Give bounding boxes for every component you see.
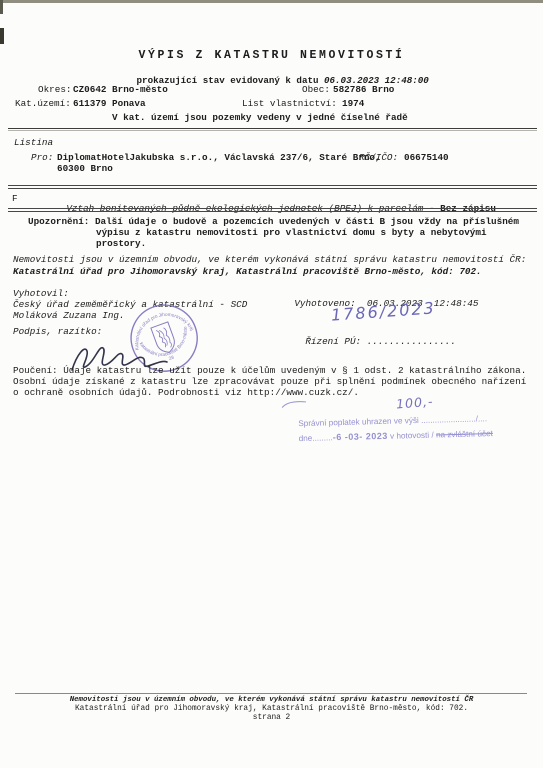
- issuing-office: Český úřad zeměměřický a katastrální - S…: [13, 300, 247, 310]
- divider-footer: [15, 693, 527, 694]
- rizeni-label: Řízení PÚ:: [305, 336, 366, 347]
- footer-line1: Nemovitosti jsou v územním obvodu, ve kt…: [0, 696, 543, 704]
- issuing-person: Moláková Zuzana Ing.: [13, 311, 125, 321]
- pouceni-line2: Osobní údaje získané z katastru lze zpra…: [13, 377, 526, 387]
- fee-amount-handwritten: 100,-: [396, 394, 434, 412]
- pro-label: Pro:: [31, 153, 53, 163]
- scan-edge-top: [0, 0, 543, 3]
- scan-mark-topleft: [0, 0, 3, 14]
- header-note: V kat. území jsou pozemky vedeny v jedné…: [112, 113, 408, 123]
- document-page: VÝPIS Z KATASTRU NEMOVITOSTÍ prokazující…: [0, 0, 543, 768]
- footer-page-number: strana 2: [0, 714, 543, 723]
- kat-uzemi-label: Kat.území:: [15, 99, 71, 109]
- upozorneni-line2: výpisu z katastru nemovitosti pro vlastn…: [96, 228, 487, 238]
- jurisdiction-line2: Katastrální úřad pro Jihomoravský kraj, …: [13, 267, 482, 277]
- kat-uzemi-value: 611379 Ponava: [73, 99, 146, 109]
- upozorneni-line1: Upozornění: Další údaje o budově a pozem…: [28, 217, 519, 227]
- scan-mark-left: [0, 28, 4, 44]
- vyhotovil-label: Vyhotovil:: [13, 289, 69, 299]
- okres-label: Okres:: [38, 85, 71, 95]
- pouceni-line3: o ochraně osobních údajů. Podrobnosti vi…: [13, 388, 359, 398]
- fee-date-stamp: -6 -03- 2023: [333, 431, 388, 442]
- obec-label: Obec:: [302, 85, 330, 95]
- fee-line2-prefix: dne.........: [299, 433, 333, 443]
- list-vlastnictvi-value: 1974: [342, 99, 364, 109]
- jurisdiction-line1: Nemovitosti jsou v územním obvodu, ve kt…: [13, 255, 526, 265]
- ico-value: 06675140: [404, 153, 449, 163]
- list-vlastnictvi-label: List vlastnictví:: [242, 99, 337, 109]
- fee-line2-struck-option: na zvláštní účet: [436, 429, 493, 439]
- pouceni-line1: Poučení: Údaje katastru lze užít pouze k…: [13, 366, 526, 376]
- section-f-code: F: [12, 194, 18, 204]
- divider-f-top: [8, 185, 537, 189]
- divider-f-bottom: [8, 208, 537, 212]
- ico-label: RČ/IČO:: [359, 153, 398, 163]
- listina-heading: Listina: [14, 138, 53, 148]
- fee-line2-mid: v hotovosti /: [388, 431, 436, 441]
- rizeni-dots: ................: [367, 336, 456, 347]
- pro-value: DiplomatHotelJakubska s.r.o., Václavská …: [57, 153, 381, 163]
- upozorneni-line3: prostory.: [96, 239, 146, 249]
- doc-title: VÝPIS Z KATASTRU NEMOVITOSTÍ: [0, 50, 543, 63]
- divider-header: [8, 128, 537, 131]
- obec-value: 582786 Brno: [333, 85, 394, 95]
- footer-line2: Katastrální úřad pro Jihomoravský kraj, …: [0, 705, 543, 714]
- okres-value: CZ0642 Brno-město: [73, 85, 168, 95]
- pro-value-line2: 60300 Brno: [57, 164, 113, 174]
- fee-stamp-pen-tick: [280, 398, 310, 411]
